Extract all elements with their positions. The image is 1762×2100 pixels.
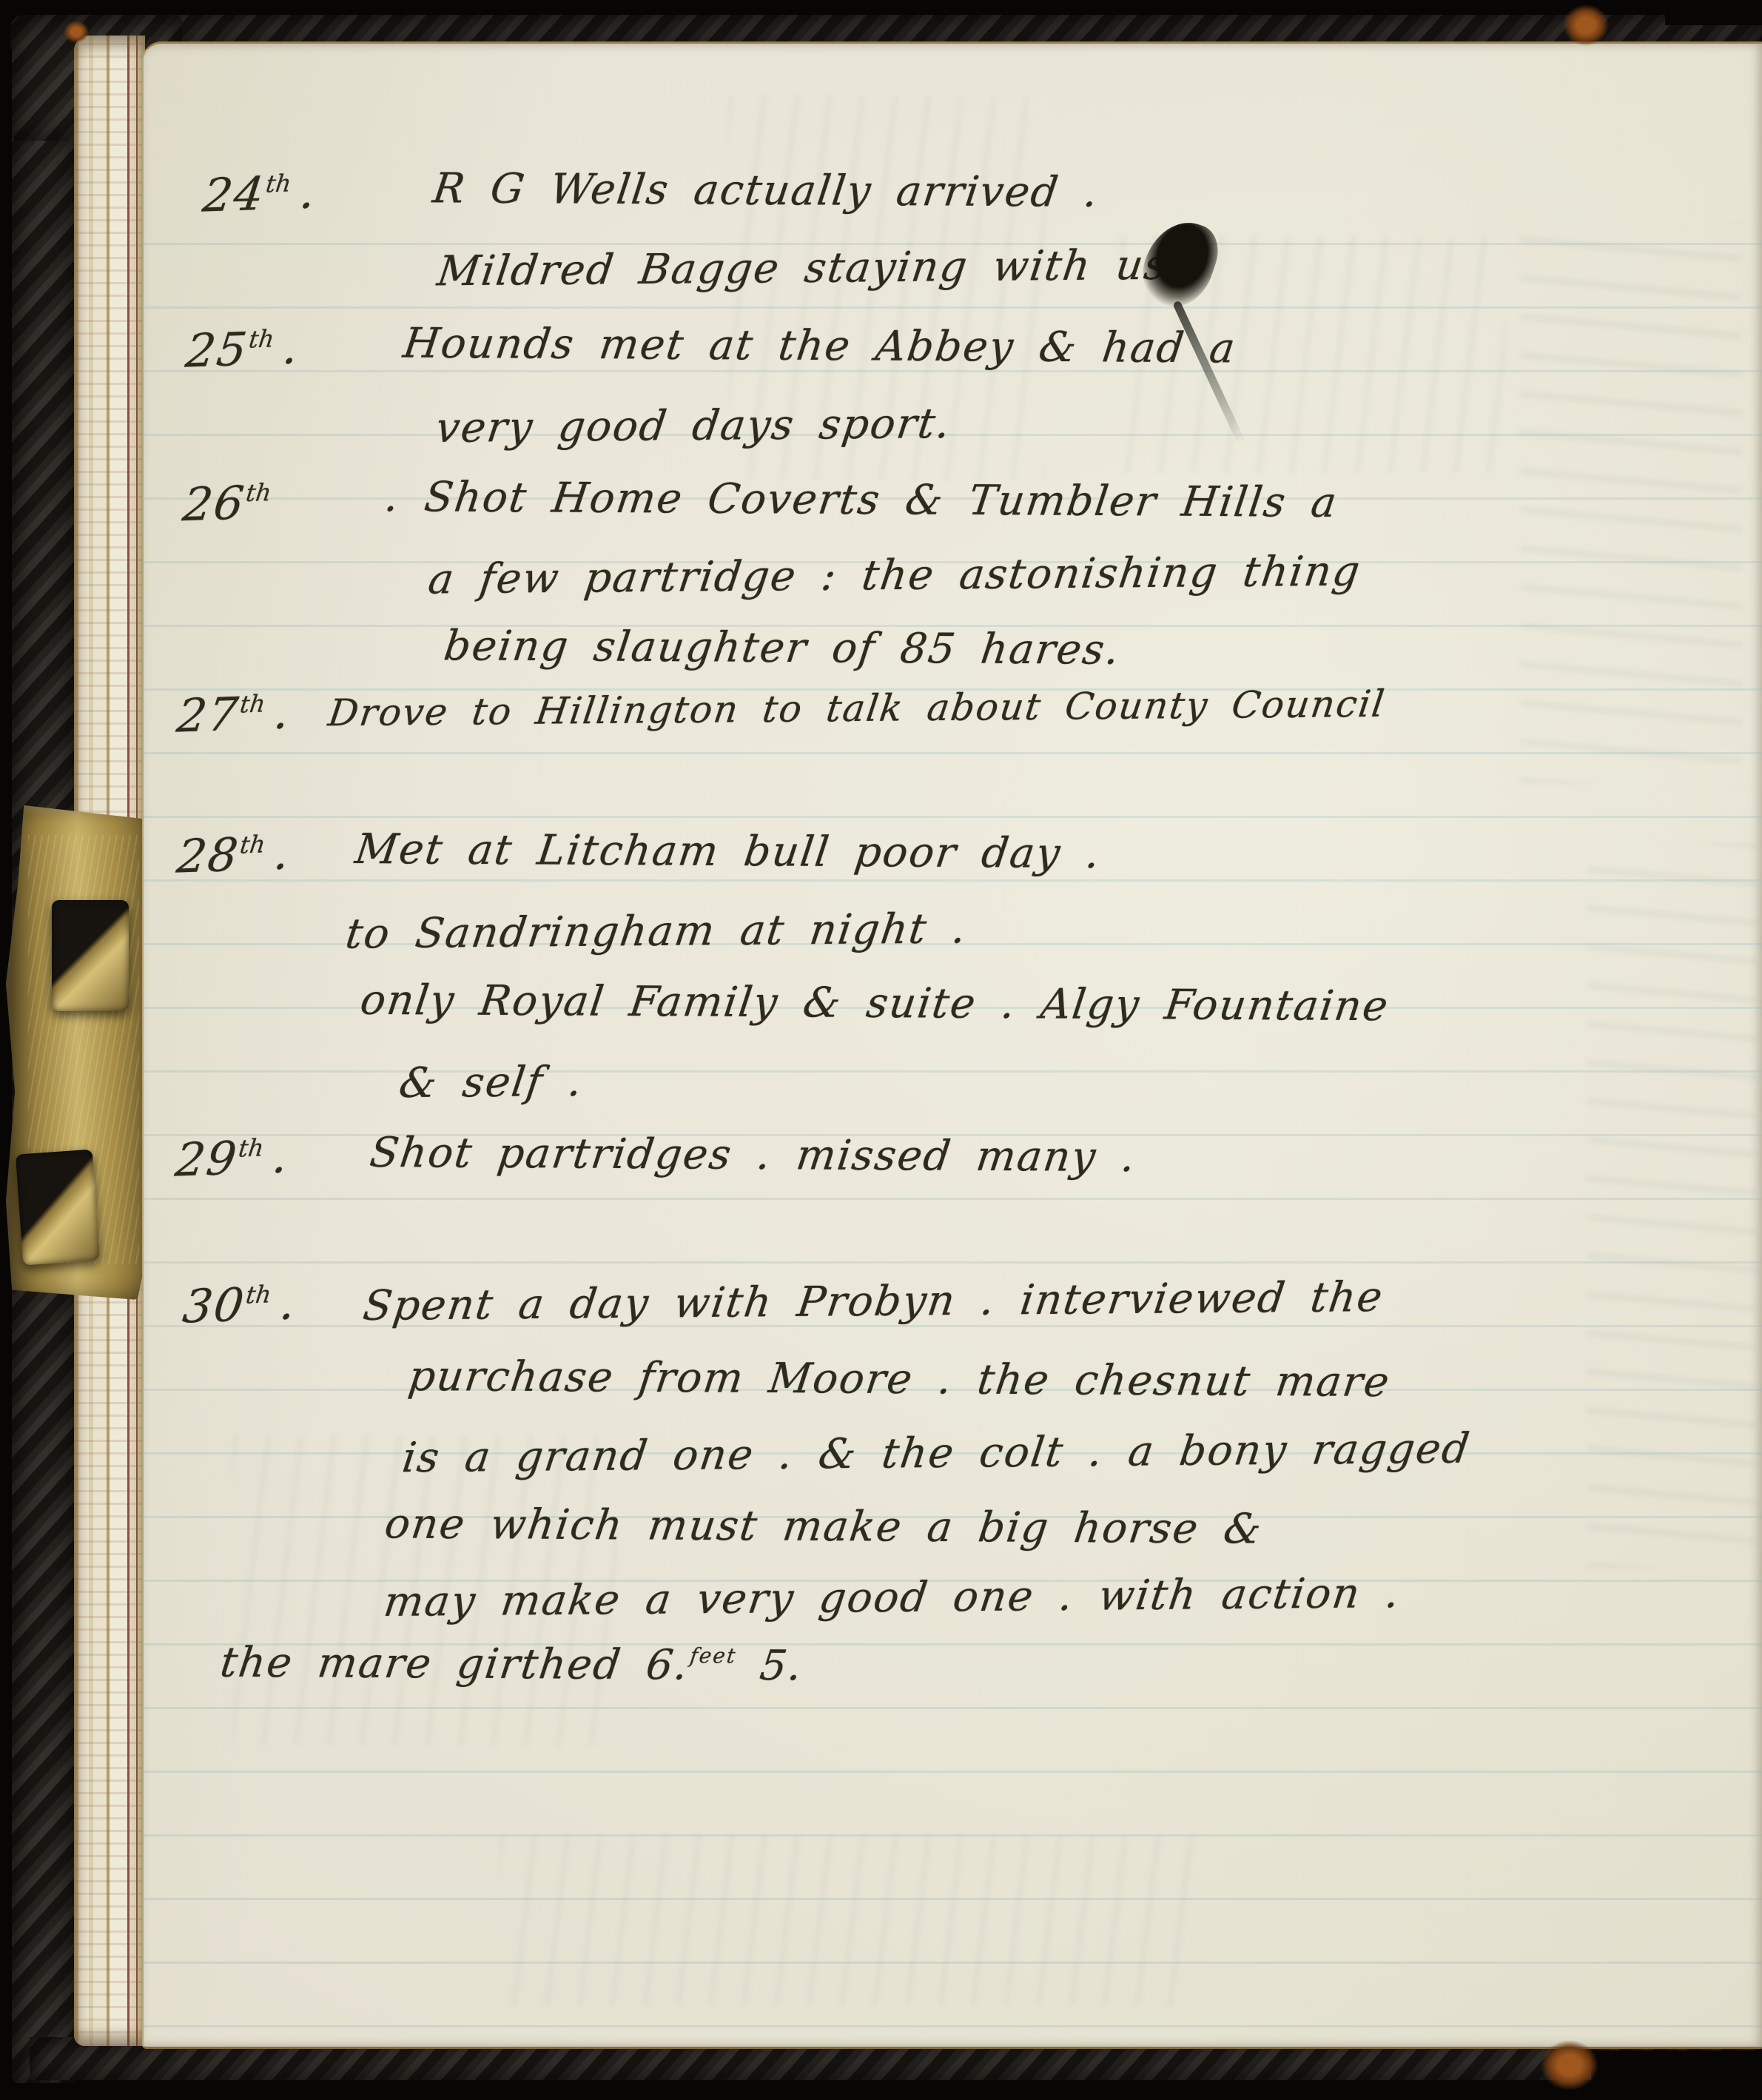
- diary-line-text: purchase from Moore . the chesnut mare: [406, 1352, 1393, 1406]
- diary-line-text: the mare girthed 6.feet 5.: [218, 1639, 806, 1691]
- entry-day: 30th.: [180, 1275, 300, 1333]
- diary-line-text: Shot partridges . missed many .: [367, 1129, 1139, 1181]
- entry-day: 24th.: [200, 164, 320, 222]
- entry-day: 27th.: [174, 685, 294, 742]
- diary-line-text: & self .: [397, 1058, 587, 1107]
- diary-line-text: Met at Litcham bull poor day .: [352, 825, 1103, 878]
- diary-line-text: may make a very good one . with action .: [381, 1569, 1404, 1626]
- diary-line: & self .: [0, 1059, 1762, 1140]
- diary-line-text: one which must make a big horse &: [382, 1500, 1265, 1553]
- diary-line: one which must make a big horse &: [0, 1503, 1762, 1584]
- diary-line-text: . Shot Home Coverts & Tumbler Hills a: [382, 473, 1340, 527]
- diary-line: purchase from Moore . the chesnut mare: [0, 1355, 1762, 1437]
- diary-line-text: only Royal Family & suite . Algy Fountai…: [357, 976, 1392, 1030]
- diary-line-text: R G Wells actually arrived .: [430, 164, 1102, 216]
- entry-day: 29th.: [172, 1129, 292, 1187]
- diary-line-text: Mildred Bagge staying with us.: [434, 241, 1185, 296]
- diary-line: 29th. Shot partridges . missed many .: [0, 1131, 1762, 1212]
- diary-photo: 24th. R G Wells actually arrived . Mildr…: [0, 0, 1762, 2100]
- diary-line: 26th . Shot Home Coverts & Tumbler Hills…: [0, 476, 1762, 557]
- shadow-bottom-right: [1591, 2050, 1762, 2100]
- rust-spot-bottom: [1541, 2040, 1598, 2090]
- diary-line: a few partridge : the astonishing thing: [0, 551, 1762, 633]
- entry-day: 25th.: [183, 320, 303, 378]
- diary-line-text: is a grand one . & the colt . a bony rag…: [400, 1425, 1473, 1483]
- diary-line: to Sandringham at night .: [0, 908, 1762, 989]
- diary-line: 25th. Hounds met at the Abbey & had a: [0, 322, 1762, 403]
- diary-line-text: Hounds met at the Abbey & had a: [400, 320, 1239, 373]
- diary-line: only Royal Family & suite . Algy Fountai…: [0, 979, 1762, 1061]
- diary-line-text: very good days sport.: [433, 400, 954, 452]
- diary-line-text: being slaughter of 85 hares.: [441, 622, 1123, 674]
- diary-line: very good days sport.: [0, 402, 1762, 483]
- shadow-top-right: [1665, 0, 1762, 25]
- diary-line-text: Drove to Hillington to talk about County…: [326, 682, 1388, 734]
- diary-line: 24th. R G Wells actually arrived .: [0, 167, 1762, 248]
- diary-line: 28th. Met at Litcham bull poor day .: [0, 828, 1762, 909]
- entry-day: 28th.: [174, 825, 294, 883]
- diary-line: is a grand one . & the colt . a bony rag…: [0, 1429, 1762, 1511]
- diary-line: 27th. Drove to Hillington to talk about …: [0, 687, 1762, 768]
- diary-line: the mare girthed 6.feet 5.: [0, 1640, 1762, 1722]
- diary-line-text: Spent a day with Probyn . interviewed th…: [360, 1273, 1387, 1330]
- diary-line: Mildred Bagge staying with us.: [0, 244, 1762, 326]
- entry-day: 26th: [180, 474, 283, 532]
- diary-line-text: a few partridge : the astonishing thing: [426, 548, 1364, 604]
- diary-line-text: to Sandringham at night .: [343, 905, 970, 958]
- diary-line: 30th. Spent a day with Probyn . intervie…: [0, 1278, 1762, 1359]
